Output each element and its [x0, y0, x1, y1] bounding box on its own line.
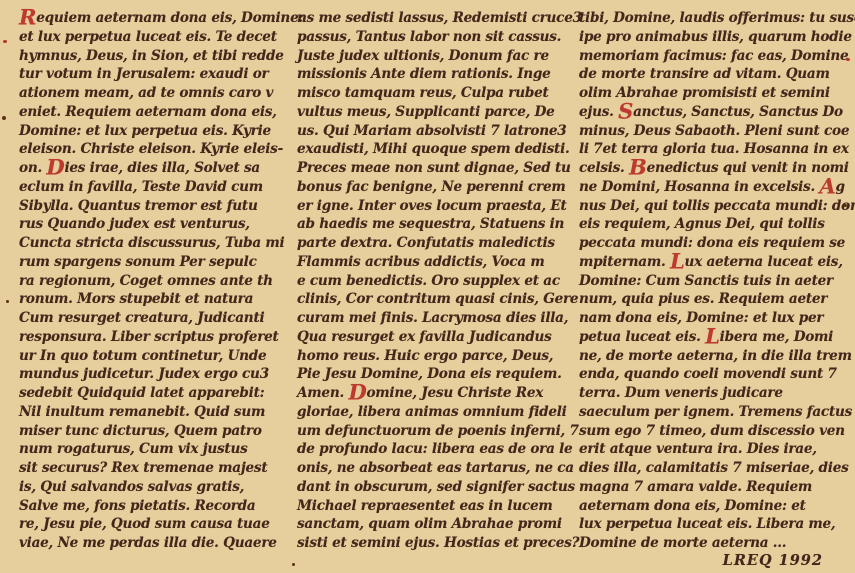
text-line: us. Qui Mariam absolvisti 7 latrone3 — [297, 122, 569, 141]
text-line: e cum benedictis. Oro supplex et ac — [297, 272, 569, 291]
paper-speck — [2, 116, 6, 120]
text-line: Flammis acribus addictis, Voca m — [297, 253, 569, 272]
red-initial: L — [705, 323, 720, 348]
text-line: responsura. Liber scriptus proferet — [19, 328, 291, 347]
text-line: dant in obscurum, sed signifer sactus — [297, 478, 569, 497]
text-column-middle: ns me sedisti lassus, Redemisti cruce3pa… — [297, 9, 569, 553]
text-line: magna 7 amara valde. Requiem — [579, 478, 849, 497]
text-line: ejus. Sanctus, Sanctus, Sanctus Do — [579, 103, 849, 122]
text-line: num rogaturus, Cum vix justus — [19, 440, 291, 459]
text-line: celsis. Benedictus qui venit in nomi — [579, 159, 849, 178]
text-line: et lux perpetua luceat eis. Te decet — [19, 28, 291, 47]
text-line: Domine de morte aeterna ... — [579, 534, 849, 553]
text-line: mundus judicetur. Judex ergo cu3 — [19, 365, 291, 384]
signature: LREQ 1992 — [723, 552, 823, 569]
paper-speck — [846, 58, 850, 61]
text-line: on. Dies irae, dies illa, Solvet sa — [19, 159, 291, 178]
text-column-right: tibi, Domine, laudis offerimus: tu susci… — [579, 9, 849, 553]
text-line: minus, Deus Sabaoth. Pleni sunt coe — [579, 122, 849, 141]
paper-speck — [3, 40, 7, 43]
text-line: rum spargens sonum Per sepulc — [19, 253, 291, 272]
paper-speck — [292, 563, 295, 566]
red-initial: D — [348, 380, 366, 405]
text-line: Domine: et lux perpetua eis. Kyrie — [19, 122, 291, 141]
text-line: sum ego 7 timeo, dum discessio ven — [579, 422, 849, 441]
text-line: eniet. Requiem aeternam dona eis, — [19, 103, 291, 122]
text-line: Amen. Domine, Jesu Christe Rex — [297, 384, 569, 403]
text-line: vultus meus, Supplicanti parce, De — [297, 103, 569, 122]
text-line: ab haedis me sequestra, Statuens in — [297, 215, 569, 234]
text-line: hymnus, Deus, in Sion, et tibi redde — [19, 47, 291, 66]
text-line: Qua resurget ex favilla Judicandus — [297, 328, 569, 347]
text-line: de morte transire ad vitam. Quam — [579, 65, 849, 84]
text-line: Pie Jesu Domine, Dona eis requiem. — [297, 365, 569, 384]
text-line: um defunctuorum de poenis inferni, 7 — [297, 422, 569, 441]
text-line: eis requiem, Agnus Dei, qui tollis — [579, 215, 849, 234]
text-line: tur votum in Jerusalem: exaudi or — [19, 65, 291, 84]
red-initial: D — [46, 155, 64, 180]
text-line: ra regionum, Coget omnes ante th — [19, 272, 291, 291]
text-line: ronum. Mors stupebit et natura — [19, 290, 291, 309]
text-line: er igne. Inter oves locum praesta, Et — [297, 197, 569, 216]
text-line: Requiem aeternam dona eis, Domine: — [19, 9, 291, 28]
text-line: Cum resurget creatura, Judicanti — [19, 309, 291, 328]
text-line: sit securus? Rex tremenae majest — [19, 459, 291, 478]
text-line: gloriae, libera animas omnium fideli — [297, 403, 569, 422]
text-line: sanctam, quam olim Abrahae promi — [297, 515, 569, 534]
text-line: Preces meae non sunt dignae, Sed tu — [297, 159, 569, 178]
text-line: nus Dei, qui tollis peccata mundi: dona — [579, 197, 849, 216]
red-initial: B — [629, 155, 647, 180]
text-line: misco tamquam reus, Culpa rubet — [297, 84, 569, 103]
text-line: ne, de morte aeterna, in die illa trem — [579, 347, 849, 366]
paper-speck — [844, 204, 847, 207]
text-line: memoriam facimus: fac eas, Domine — [579, 47, 849, 66]
text-line: ipe pro animabus illis, quarum hodie — [579, 28, 849, 47]
text-line: Cuncta stricta discussurus, Tuba mi — [19, 234, 291, 253]
text-line: curam mei finis. Lacrymosa dies illa, — [297, 309, 569, 328]
text-line: miser tunc dicturus, Quem patro — [19, 422, 291, 441]
text-line: ns me sedisti lassus, Redemisti cruce3 — [297, 9, 569, 28]
red-initial: A — [819, 173, 835, 198]
text-line: ationem meam, ad te omnis caro v — [19, 84, 291, 103]
text-line: mpiternam. Lux aeterna luceat eis, — [579, 253, 849, 272]
text-line: sisti et semini ejus. Hostias et preces? — [297, 534, 569, 553]
text-line: li 7et terra gloria tua. Hosanna in ex — [579, 140, 849, 159]
text-line: Michael repraesentet eas in lucem — [297, 497, 569, 516]
text-line: tibi, Domine, laudis offerimus: tu susc — [579, 9, 849, 28]
text-line: parte dextra. Confutatis maledictis — [297, 234, 569, 253]
text-line: Salve me, fons pietatis. Recorda — [19, 497, 291, 516]
text-line: homo reus. Huic ergo parce, Deus, — [297, 347, 569, 366]
text-line: Domine: Cum Sanctis tuis in aeter — [579, 272, 849, 291]
red-initial: L — [670, 248, 685, 273]
text-line: enda, quando coeli movendi sunt 7 — [579, 365, 849, 384]
red-initial: S — [618, 98, 633, 123]
text-line: clinis, Cor contritum quasi cinis, Gere — [297, 290, 569, 309]
text-column-left: Requiem aeternam dona eis, Domine:et lux… — [19, 9, 291, 553]
text-line: num, quia pius es. Requiem aeter — [579, 290, 849, 309]
text-line: sedebit Quidquid latet apparebit: — [19, 384, 291, 403]
manuscript-page: Requiem aeternam dona eis, Domine:et lux… — [0, 0, 855, 573]
text-line: missionis Ante diem rationis. Inge — [297, 65, 569, 84]
text-line: de profundo lacu: libera eas de ora le — [297, 440, 569, 459]
text-line: onis, ne absorbeat eas tartarus, ne ca — [297, 459, 569, 478]
text-line: peccata mundi: dona eis requiem se — [579, 234, 849, 253]
text-line: Sibylla. Quantus tremor est futu — [19, 197, 291, 216]
text-line: eclum in favilla, Teste David cum — [19, 178, 291, 197]
text-line: erit atque ventura ira. Dies irae, — [579, 440, 849, 459]
text-line: dies illa, calamitatis 7 miseriae, dies — [579, 459, 849, 478]
text-line: viae, Ne me perdas illa die. Quaere — [19, 534, 291, 553]
red-initial: R — [19, 5, 36, 30]
text-line: lux perpetua luceat eis. Libera me, — [579, 515, 849, 534]
text-line: terra. Dum veneris judicare — [579, 384, 849, 403]
text-line: exaudisti, Mihi quoque spem dedisti. — [297, 140, 569, 159]
text-line: passus, Tantus labor non sit cassus. — [297, 28, 569, 47]
text-line: re, Jesu pie, Quod sum causa tuae — [19, 515, 291, 534]
text-line: is, Qui salvandos salvas gratis, — [19, 478, 291, 497]
text-line: bonus fac benigne, Ne perenni crem — [297, 178, 569, 197]
text-line: petua luceat eis. Libera me, Domi — [579, 328, 849, 347]
text-line: saeculum per ignem. Tremens factus — [579, 403, 849, 422]
text-line: Juste judex ultionis, Donum fac re — [297, 47, 569, 66]
text-line: aeternam dona eis, Domine: et — [579, 497, 849, 516]
text-line: ur In quo totum continetur, Unde — [19, 347, 291, 366]
text-line: rus Quando judex est venturus, — [19, 215, 291, 234]
paper-speck — [6, 300, 9, 303]
text-line: ne Domini, Hosanna in excelsis. Ag — [579, 178, 849, 197]
text-line: Nil inultum remanebit. Quid sum — [19, 403, 291, 422]
